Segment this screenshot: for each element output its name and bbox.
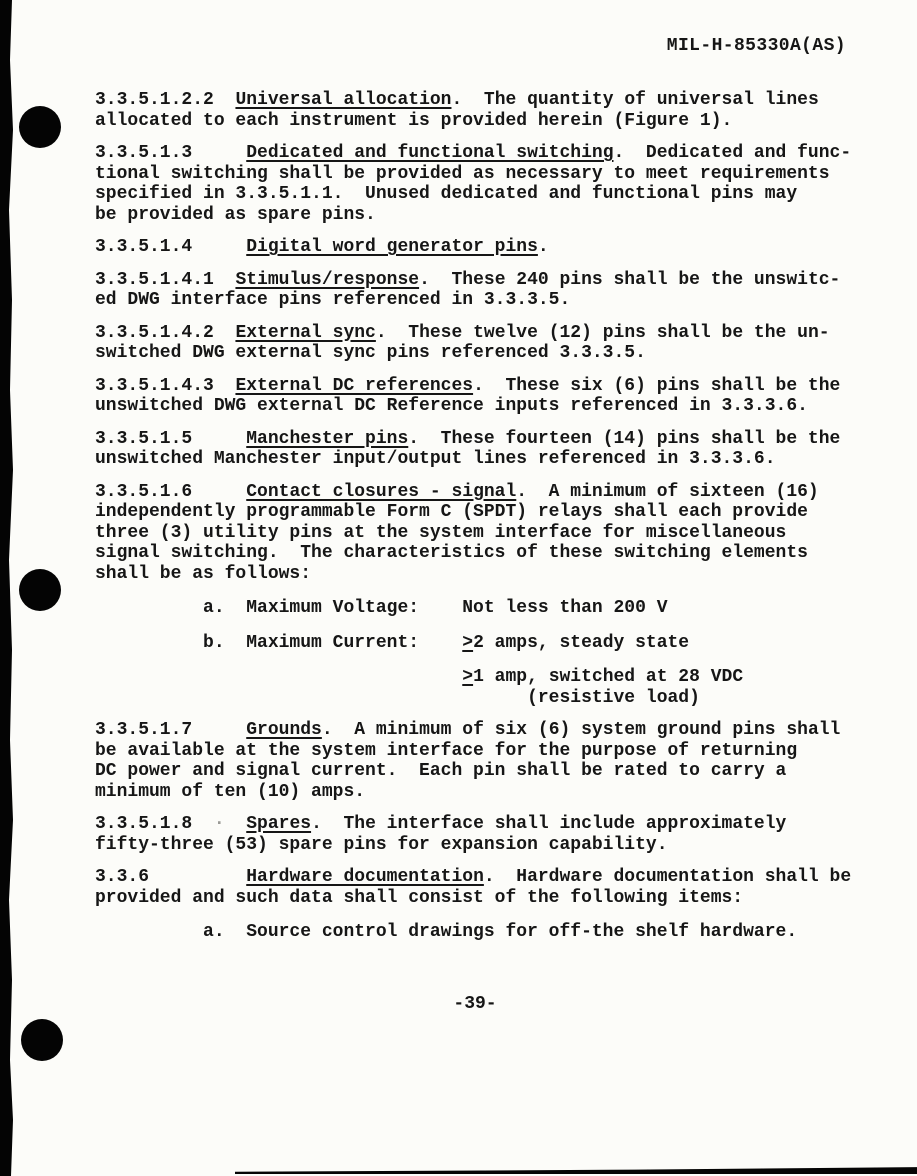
text-run: . A minimum of six (6) system ground pin…	[322, 720, 840, 740]
para-3-3-5-1-6: 3.3.5.1.6 Contact closures - signal. A m…	[95, 482, 885, 585]
text-line: 3.3.5.1.6 Contact closures - signal. A m…	[95, 482, 885, 503]
scanned-document-page: MIL-H-85330A(AS) 3.3.5.1.2.2 Universal a…	[0, 0, 917, 1176]
para-3-3-5-1-8: 3.3.5.1.8 · Spares. The interface shall …	[95, 814, 885, 855]
text-run: switched DWG external sync pins referenc…	[95, 343, 646, 363]
text-line: DC power and signal current. Each pin sh…	[95, 761, 885, 782]
para-3-3-5-1-4: 3.3.5.1.4 Digital word generator pins.	[95, 237, 885, 258]
text-line: independently programmable Form C (SPDT)…	[95, 502, 885, 523]
text-line: switched DWG external sync pins referenc…	[95, 343, 885, 364]
text-run	[95, 667, 462, 687]
punch-hole-mark-bottom	[21, 1019, 63, 1061]
text-run: (resistive load)	[95, 688, 700, 708]
text-run: 3.3.5.1.4.1	[95, 270, 235, 290]
underlined-heading-text: External sync	[235, 323, 375, 343]
list-item-a-maximum-voltage: a. Maximum Voltage: Not less than 200 V	[95, 598, 885, 619]
text-line: 3.3.5.1.4.3 External DC references. Thes…	[95, 376, 885, 397]
text-run: . These fourteen (14) pins shall be the	[408, 429, 840, 449]
punch-hole-mark-middle	[19, 569, 61, 611]
text-run: specified in 3.3.5.1.1. Unused dedicated…	[95, 184, 797, 204]
list-item-b-continued: >1 amp, switched at 28 VDC (resistive lo…	[95, 667, 885, 708]
text-run: . These six (6) pins shall be the	[473, 376, 840, 396]
para-3-3-5-1-4-3: 3.3.5.1.4.3 External DC references. Thes…	[95, 376, 885, 417]
text-run: 3.3.5.1.3	[95, 143, 246, 163]
text-line: shall be as follows:	[95, 564, 885, 585]
text-run: 3.3.5.1.4.2	[95, 323, 235, 343]
underlined-heading-text: Universal allocation	[235, 90, 451, 110]
para-3-3-6: 3.3.6 Hardware documentation. Hardware d…	[95, 867, 885, 908]
text-line: 3.3.5.1.5 Manchester pins. These fourtee…	[95, 429, 885, 450]
text-run: 3.3.5.1.6	[95, 482, 246, 502]
text-line: allocated to each instrument is provided…	[95, 111, 885, 132]
text-run: 3.3.5.1.2.2	[95, 90, 235, 110]
text-run: a. Source control drawings for off-the s…	[95, 922, 797, 942]
underlined-heading-text: Spares	[246, 814, 311, 834]
text-run: 2 amps, steady state	[473, 633, 689, 653]
text-line: (resistive load)	[95, 688, 885, 709]
text-run: provided and such data shall consist of …	[95, 888, 743, 908]
binding-edge-artifact	[0, 0, 16, 1176]
text-line: tional switching shall be provided as ne…	[95, 164, 885, 185]
text-run: ed DWG interface pins referenced in 3.3.…	[95, 290, 570, 310]
text-line: 3.3.5.1.2.2 Universal allocation. The qu…	[95, 90, 885, 111]
text-run: three (3) utility pins at the system int…	[95, 523, 786, 543]
underlined-heading-text: >	[462, 633, 473, 653]
text-run: tional switching shall be provided as ne…	[95, 164, 830, 184]
text-run: . Hardware documentation shall be	[484, 867, 851, 887]
text-run: a. Maximum Voltage: Not less than 200 V	[95, 598, 668, 618]
para-3-3-5-1-2-2: 3.3.5.1.2.2 Universal allocation. The qu…	[95, 90, 885, 131]
text-run: be provided as spare pins.	[95, 205, 376, 225]
text-line: 3.3.5.1.4.1 Stimulus/response. These 240…	[95, 270, 885, 291]
scan-speck-dot: ·	[214, 814, 225, 834]
text-run: b. Maximum Current:	[95, 633, 462, 653]
text-run: 3.3.5.1.7	[95, 720, 246, 740]
text-line: unswitched Manchester input/output lines…	[95, 449, 885, 470]
text-run: unswitched DWG external DC Reference inp…	[95, 396, 808, 416]
underlined-heading-text: Grounds	[246, 720, 322, 740]
underlined-heading-text: External DC references	[235, 376, 473, 396]
text-run: 3.3.5.1.5	[95, 429, 246, 449]
text-line: 3.3.5.1.3 Dedicated and functional switc…	[95, 143, 885, 164]
text-line: be provided as spare pins.	[95, 205, 885, 226]
text-line: >1 amp, switched at 28 VDC	[95, 667, 885, 688]
text-run: . These twelve (12) pins shall be the un…	[376, 323, 830, 343]
text-line: provided and such data shall consist of …	[95, 888, 885, 909]
list-item-a-source-control: a. Source control drawings for off-the s…	[95, 922, 885, 943]
text-line: a. Source control drawings for off-the s…	[95, 922, 885, 943]
underlined-heading-text: Digital word generator pins	[246, 237, 538, 257]
text-run: minimum of ten (10) amps.	[95, 782, 365, 802]
para-3-3-5-1-5: 3.3.5.1.5 Manchester pins. These fourtee…	[95, 429, 885, 470]
text-run: 1 amp, switched at 28 VDC	[473, 667, 743, 687]
text-run: 3.3.5.1.8	[95, 814, 214, 834]
para-3-3-5-1-4-2: 3.3.5.1.4.2 External sync. These twelve …	[95, 323, 885, 364]
para-3-3-5-1-7: 3.3.5.1.7 Grounds. A minimum of six (6) …	[95, 720, 885, 802]
list-item-b-maximum-current: b. Maximum Current: >2 amps, steady stat…	[95, 633, 885, 654]
text-line: a. Maximum Voltage: Not less than 200 V	[95, 598, 885, 619]
underlined-heading-text: Stimulus/response	[235, 270, 419, 290]
text-run: 3.3.5.1.4	[95, 237, 246, 257]
text-line: fifty-three (53) spare pins for expansio…	[95, 835, 885, 856]
text-run: 3.3.6	[95, 867, 246, 887]
text-line: specified in 3.3.5.1.1. Unused dedicated…	[95, 184, 885, 205]
text-line: unswitched DWG external DC Reference inp…	[95, 396, 885, 417]
text-run: .	[538, 237, 549, 257]
text-run: be available at the system interface for…	[95, 741, 797, 761]
text-run: DC power and signal current. Each pin sh…	[95, 761, 786, 781]
underlined-heading-text: Dedicated and functional switching	[246, 143, 613, 163]
text-line: three (3) utility pins at the system int…	[95, 523, 885, 544]
text-run: allocated to each instrument is provided…	[95, 111, 732, 131]
text-line: minimum of ten (10) amps.	[95, 782, 885, 803]
para-3-3-5-1-4-1: 3.3.5.1.4.1 Stimulus/response. These 240…	[95, 270, 885, 311]
underlined-heading-text: Hardware documentation	[246, 867, 484, 887]
text-run: signal switching. The characteristics of…	[95, 543, 808, 563]
text-run	[225, 814, 247, 834]
text-line: 3.3.5.1.7 Grounds. A minimum of six (6) …	[95, 720, 885, 741]
text-run: unswitched Manchester input/output lines…	[95, 449, 776, 469]
para-3-3-5-1-3: 3.3.5.1.3 Dedicated and functional switc…	[95, 143, 885, 225]
text-run: . The interface shall include approximat…	[311, 814, 786, 834]
text-line: 3.3.5.1.8 · Spares. The interface shall …	[95, 814, 885, 835]
text-line: 3.3.5.1.4.2 External sync. These twelve …	[95, 323, 885, 344]
underlined-heading-text: Contact closures - signal	[246, 482, 516, 502]
document-id-header: MIL-H-85330A(AS)	[667, 36, 846, 56]
text-line: 3.3.5.1.4 Digital word generator pins.	[95, 237, 885, 258]
text-run: . A minimum of sixteen (16)	[516, 482, 818, 502]
text-line: 3.3.6 Hardware documentation. Hardware d…	[95, 867, 885, 888]
document-body: 3.3.5.1.2.2 Universal allocation. The qu…	[95, 90, 885, 943]
punch-hole-mark-top	[19, 106, 61, 148]
text-line: signal switching. The characteristics of…	[95, 543, 885, 564]
text-run: 3.3.5.1.4.3	[95, 376, 235, 396]
bottom-scan-line-artifact	[235, 1167, 917, 1174]
text-run: fifty-three (53) spare pins for expansio…	[95, 835, 668, 855]
page-number: -39-	[95, 994, 855, 1014]
text-run: independently programmable Form C (SPDT)…	[95, 502, 808, 522]
text-run: . These 240 pins shall be the unswitc-	[419, 270, 840, 290]
text-line: ed DWG interface pins referenced in 3.3.…	[95, 290, 885, 311]
text-run: . The quantity of universal lines	[451, 90, 818, 110]
underlined-heading-text: Manchester pins	[246, 429, 408, 449]
text-run: . Dedicated and func-	[614, 143, 852, 163]
underlined-heading-text: >	[462, 667, 473, 687]
text-line: b. Maximum Current: >2 amps, steady stat…	[95, 633, 885, 654]
text-run: shall be as follows:	[95, 564, 311, 584]
text-line: be available at the system interface for…	[95, 741, 885, 762]
